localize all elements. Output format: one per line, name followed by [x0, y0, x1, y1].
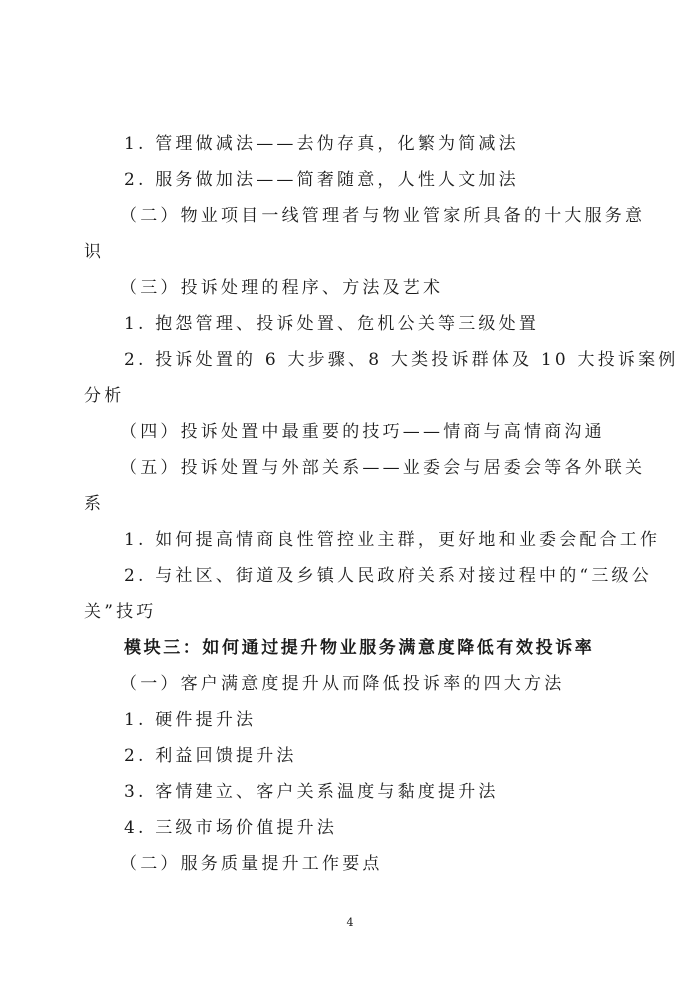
section-heading-external-relations-wrap: 系 [84, 493, 614, 515]
list-item-service-addition: 2. 服务做加法——简奢随意，人性人文加法 [124, 169, 654, 191]
list-item-management-subtraction: 1. 管理做减法——去伪存真，化繁为简减法 [124, 133, 654, 155]
section-heading-service-awareness-wrap: 识 [84, 241, 614, 263]
section-heading-service-quality: （二）服务质量提升工作要点 [120, 853, 650, 875]
section-heading-external-relations: （五）投诉处置与外部关系——业委会与居委会等各外联关 [120, 457, 650, 479]
section-heading-complaint-procedure: （三）投诉处理的程序、方法及艺术 [120, 277, 650, 299]
list-item-market-value-method: 4. 三级市场价值提升法 [124, 817, 654, 839]
document-page: 1. 管理做减法——去伪存真，化繁为简减法 2. 服务做加法——简奢随意，人性人… [0, 0, 700, 990]
list-item-customer-relationship-method: 3. 客情建立、客户关系温度与黏度提升法 [124, 781, 654, 803]
list-item-government-relations-wrap: 关”技巧 [84, 601, 614, 623]
section-heading-service-awareness: （二）物业项目一线管理者与物业管家所具备的十大服务意 [120, 205, 650, 227]
list-item-three-level-handling: 1. 抱怨管理、投诉处置、危机公关等三级处置 [124, 313, 654, 335]
list-item-complaint-steps-wrap: 分析 [84, 385, 614, 407]
module-three-heading: 模块三：如何通过提升物业服务满意度降低有效投诉率 [124, 637, 654, 659]
list-item-complaint-steps: 2. 投诉处置的 6 大步骤、8 大类投诉群体及 10 大投诉案例 [124, 349, 654, 371]
list-item-hardware-method: 1. 硬件提升法 [124, 709, 654, 731]
list-item-benefit-feedback-method: 2. 利益回馈提升法 [124, 745, 654, 767]
list-item-government-relations: 2. 与社区、街道及乡镇人民政府关系对接过程中的“三级公 [124, 565, 654, 587]
section-heading-four-methods: （一）客户满意度提升从而降低投诉率的四大方法 [120, 673, 650, 695]
list-item-owner-group-management: 1. 如何提高情商良性管控业主群，更好地和业委会配合工作 [124, 529, 654, 551]
section-heading-eq-communication: （四）投诉处置中最重要的技巧——情商与高情商沟通 [120, 421, 650, 443]
page-number: 4 [0, 916, 700, 929]
